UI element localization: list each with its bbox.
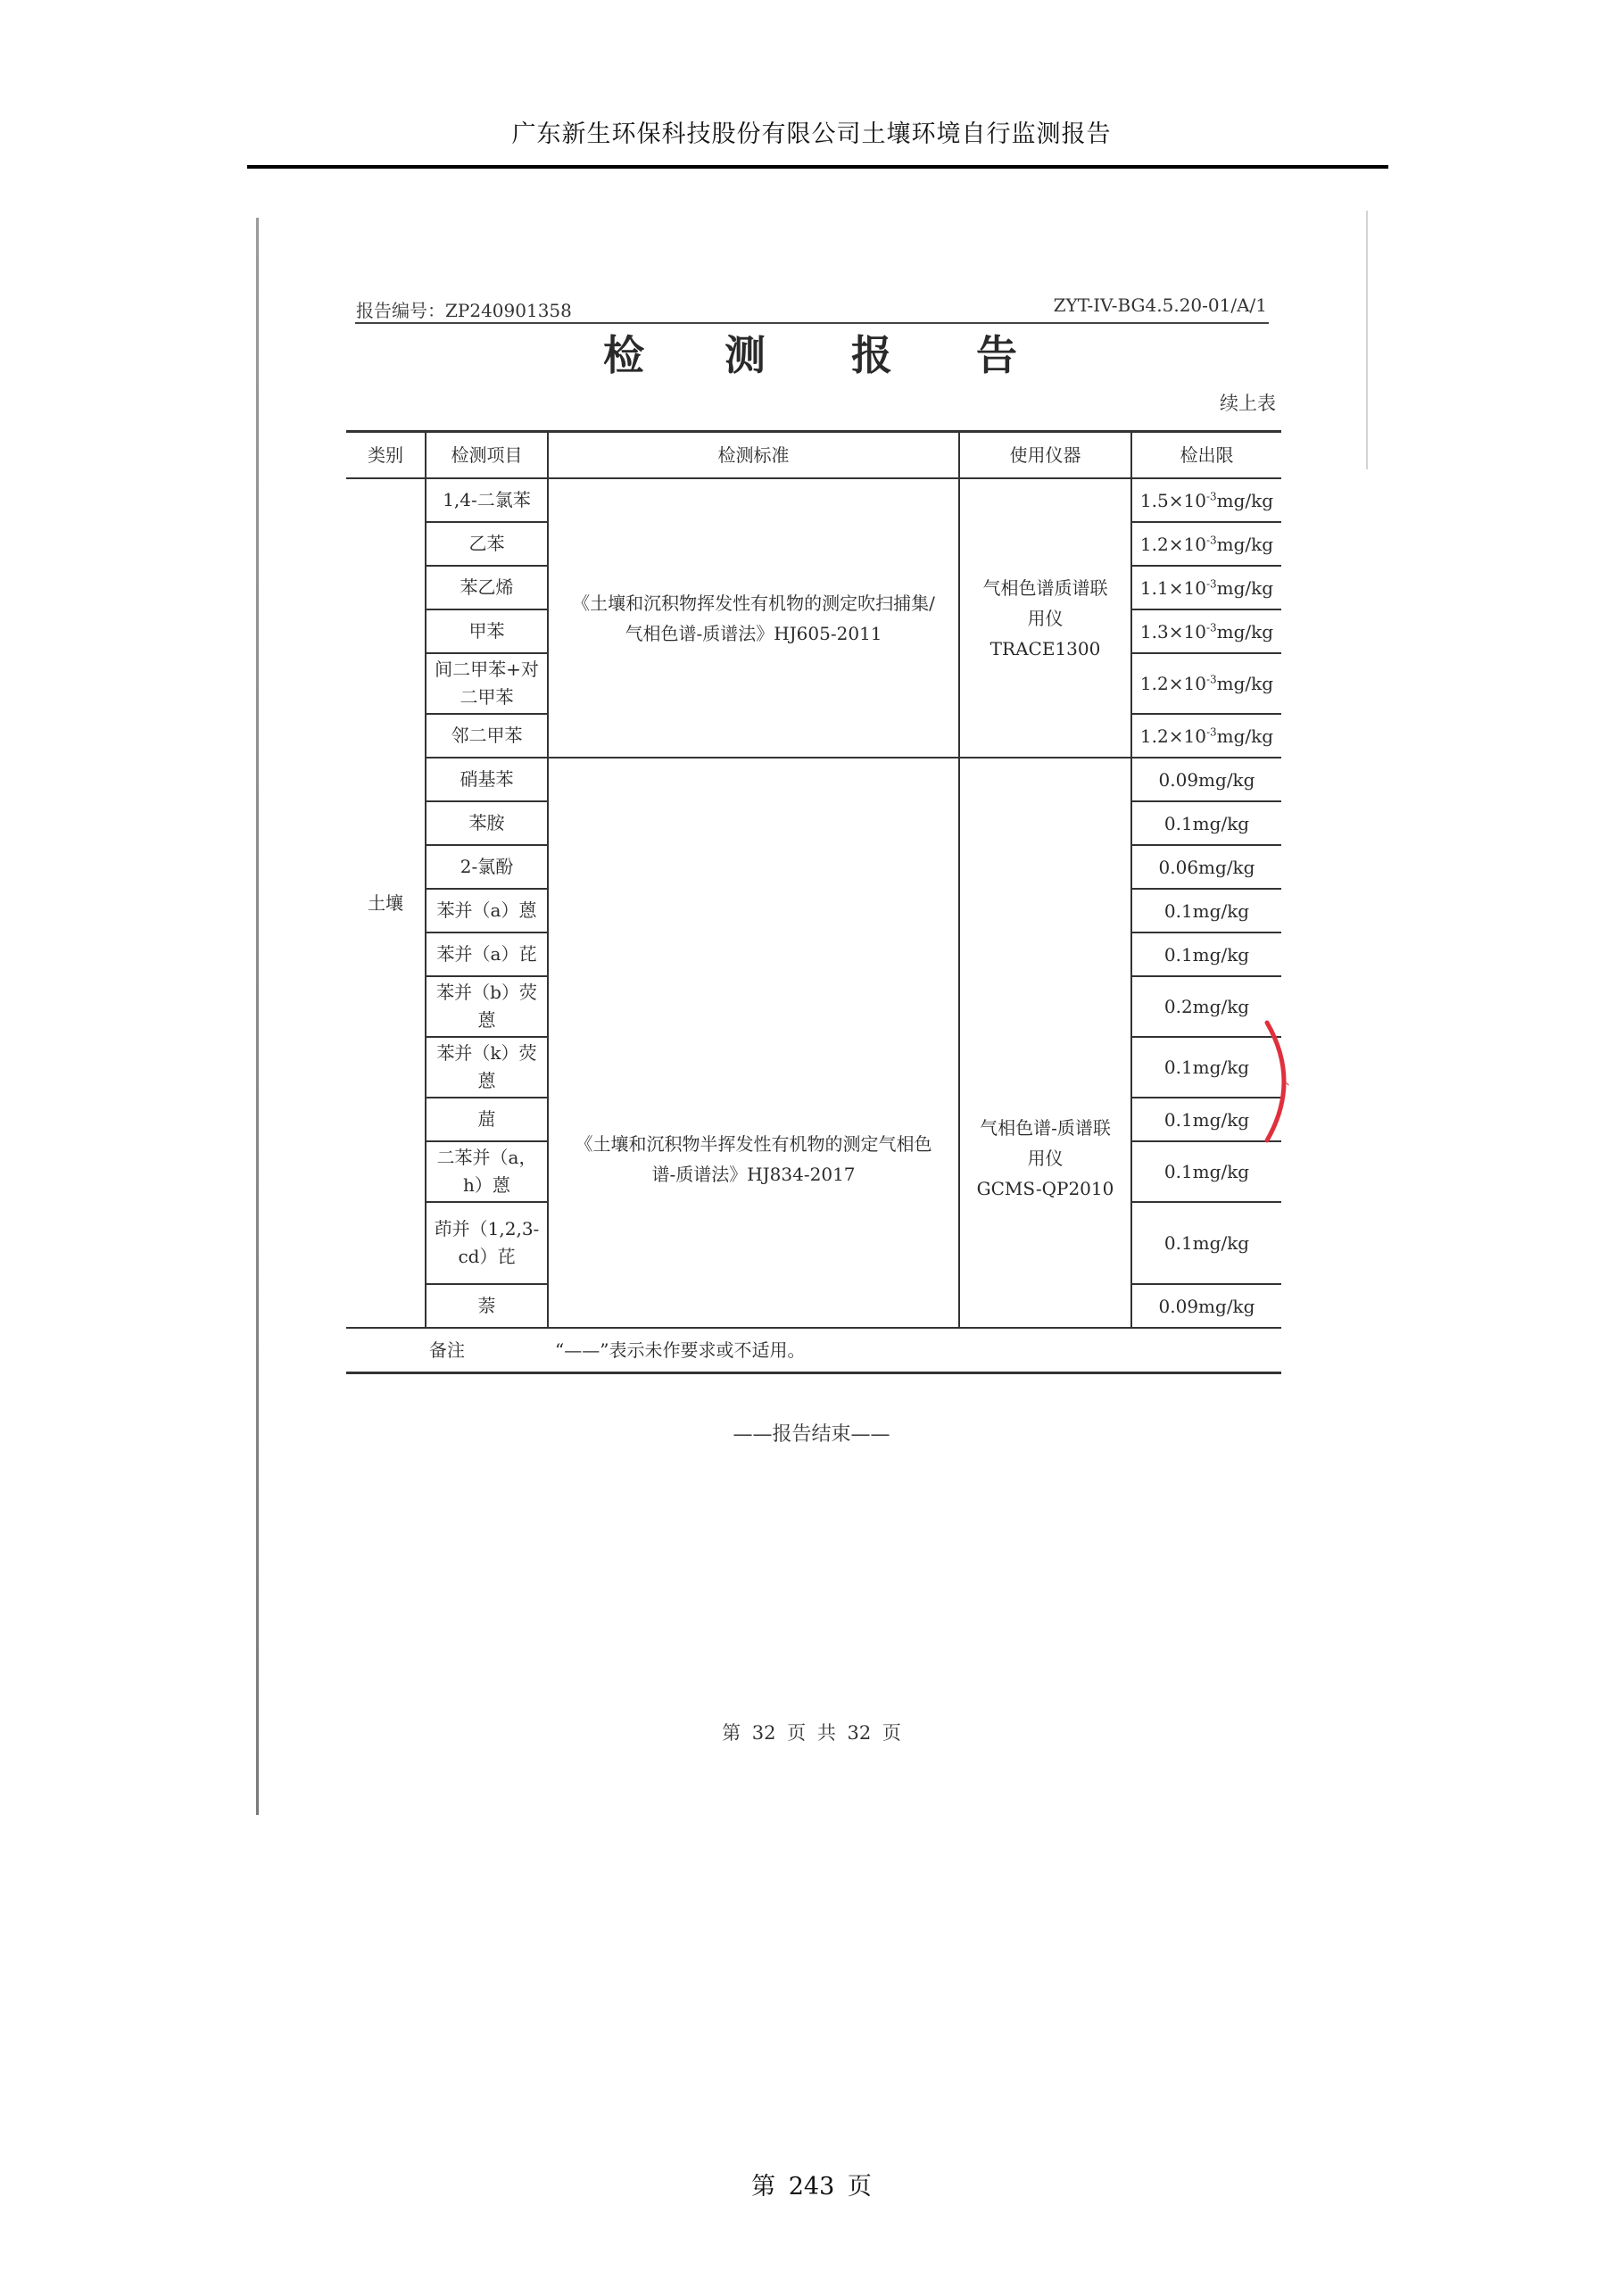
report-title-char: 检 <box>603 323 644 382</box>
limit-unit: mg/kg <box>1217 490 1273 511</box>
instrument-line: 气相色谱质谱联 <box>964 573 1127 603</box>
item-cell: 苯并（k）荧蒽 <box>426 1037 548 1098</box>
red-seal-mark: 卜 <box>1258 1019 1312 1144</box>
limit-unit: mg/kg <box>1217 673 1273 694</box>
limit-base: 1.5×10 <box>1140 490 1206 511</box>
limit-exponent: -3 <box>1206 673 1217 685</box>
limit-cell: 0.1mg/kg <box>1131 932 1281 976</box>
limit-cell: 1.3×10-3mg/kg <box>1131 609 1281 653</box>
outer-page-number: 第 243 页 <box>0 2167 1623 2201</box>
limit-unit: mg/kg <box>1217 725 1273 747</box>
item-cell: 邻二甲苯 <box>426 714 548 758</box>
report-title-char: 测 <box>725 323 766 382</box>
report-end-label: ——报告结束—— <box>0 1419 1623 1446</box>
limit-cell: 1.2×10-3mg/kg <box>1131 653 1281 714</box>
limit-base: 1.2×10 <box>1140 534 1206 555</box>
svg-text:卜: 卜 <box>1278 1077 1290 1092</box>
item-cell: 2-氯酚 <box>426 845 548 889</box>
form-code: ZYT-IV-BG4.5.20-01/A/1 <box>981 294 1267 316</box>
header-category: 类别 <box>346 432 426 479</box>
instrument-line: TRACE1300 <box>964 634 1127 664</box>
limit-cell: 1.1×10-3mg/kg <box>1131 566 1281 609</box>
standard-cell: 《土壤和沉积物半挥发性有机物的测定气相色谱-质谱法》HJ834-2017 <box>548 758 959 1328</box>
limit-exponent: -3 <box>1206 534 1217 546</box>
table-header-row: 类别 检测项目 检测标准 使用仪器 检出限 <box>346 432 1281 479</box>
header-instrument: 使用仪器 <box>959 432 1131 479</box>
item-cell: 二苯并（a，h）蒽 <box>426 1141 548 1202</box>
limit-cell: 1.2×10-3mg/kg <box>1131 714 1281 758</box>
limit-base: 1.2×10 <box>1140 725 1206 747</box>
limit-cell: 0.09mg/kg <box>1131 758 1281 801</box>
item-cell: 硝基苯 <box>426 758 548 801</box>
instrument-line: GCMS-QP2010 <box>964 1173 1127 1204</box>
item-cell: 苯乙烯 <box>426 566 548 609</box>
limit-base: 1.1×10 <box>1140 577 1206 599</box>
remark-label: 备注 <box>346 1328 548 1373</box>
limit-cell: 1.2×10-3mg/kg <box>1131 522 1281 566</box>
limit-cell: 0.1mg/kg <box>1131 1141 1281 1202</box>
instrument-line: 用仪 <box>964 1143 1127 1173</box>
category-cell: 土壤 <box>346 478 426 1328</box>
item-cell: 苯并（a）蒽 <box>426 889 548 932</box>
limit-unit: mg/kg <box>1217 577 1273 599</box>
header-standard: 检测标准 <box>548 432 959 479</box>
header-item: 检测项目 <box>426 432 548 479</box>
item-cell: 茚并（1,2,3-cd）芘 <box>426 1202 548 1284</box>
limit-cell: 0.06mg/kg <box>1131 845 1281 889</box>
header-limit: 检出限 <box>1131 432 1281 479</box>
instrument-line: 用仪 <box>964 603 1127 634</box>
item-cell: 萘 <box>426 1284 548 1328</box>
item-cell: 乙苯 <box>426 522 548 566</box>
remark-row: 备注“——”表示未作要求或不适用。 <box>346 1328 1281 1373</box>
limit-base: 1.3×10 <box>1140 621 1206 642</box>
limit-cell: 0.1mg/kg <box>1131 889 1281 932</box>
item-cell: 1,4-二氯苯 <box>426 478 548 522</box>
table-row: 硝基苯《土壤和沉积物半挥发性有机物的测定气相色谱-质谱法》HJ834-2017气… <box>346 758 1281 801</box>
document-header-title: 广东新生环保科技股份有限公司土壤环境自行监测报告 <box>0 114 1623 149</box>
item-cell: 苯并（b）荧蒽 <box>426 976 548 1037</box>
limit-cell: 0.1mg/kg <box>1131 801 1281 845</box>
limit-cell: 1.5×10-3mg/kg <box>1131 478 1281 522</box>
limit-unit: mg/kg <box>1217 621 1273 642</box>
report-title-char: 报 <box>851 323 892 382</box>
item-cell: 间二甲苯+对二甲苯 <box>426 653 548 714</box>
item-cell: 䓛 <box>426 1098 548 1141</box>
limit-base: 1.2×10 <box>1140 673 1206 694</box>
limit-exponent: -3 <box>1206 725 1217 738</box>
report-number: 报告编号：ZP240901358 <box>356 296 572 322</box>
report-number-rule <box>355 322 1269 324</box>
standard-cell: 《土壤和沉积物挥发性有机物的测定吹扫捕集/气相色谱-质谱法》HJ605-2011 <box>548 478 959 758</box>
report-title-char: 告 <box>976 323 1017 382</box>
limit-exponent: -3 <box>1206 577 1217 590</box>
item-cell: 苯胺 <box>426 801 548 845</box>
results-table: 类别 检测项目 检测标准 使用仪器 检出限 土壤1,4-二氯苯《土壤和沉积物挥发… <box>346 430 1281 1374</box>
inner-page-number: 第 32 页 共 32 页 <box>0 1719 1623 1745</box>
limit-cell: 0.1mg/kg <box>1131 1202 1281 1284</box>
continued-label: 续上表 <box>1160 389 1276 416</box>
limit-unit: mg/kg <box>1217 534 1273 555</box>
header-rule <box>247 165 1388 169</box>
table-row: 土壤1,4-二氯苯《土壤和沉积物挥发性有机物的测定吹扫捕集/气相色谱-质谱法》H… <box>346 478 1281 522</box>
item-cell: 苯并（a）芘 <box>426 932 548 976</box>
scan-page-right-edge <box>1366 211 1368 469</box>
remark-text: “——”表示未作要求或不适用。 <box>548 1328 1281 1373</box>
limit-cell: 0.09mg/kg <box>1131 1284 1281 1328</box>
limit-exponent: -3 <box>1206 621 1217 634</box>
limit-exponent: -3 <box>1206 490 1217 502</box>
instrument-cell: 气相色谱质谱联用仪TRACE1300 <box>959 478 1131 758</box>
instrument-cell: 气相色谱-质谱联用仪GCMS-QP2010 <box>959 758 1131 1328</box>
item-cell: 甲苯 <box>426 609 548 653</box>
instrument-line: 气相色谱-质谱联 <box>964 1113 1127 1143</box>
scan-page-left-edge <box>256 218 259 1815</box>
